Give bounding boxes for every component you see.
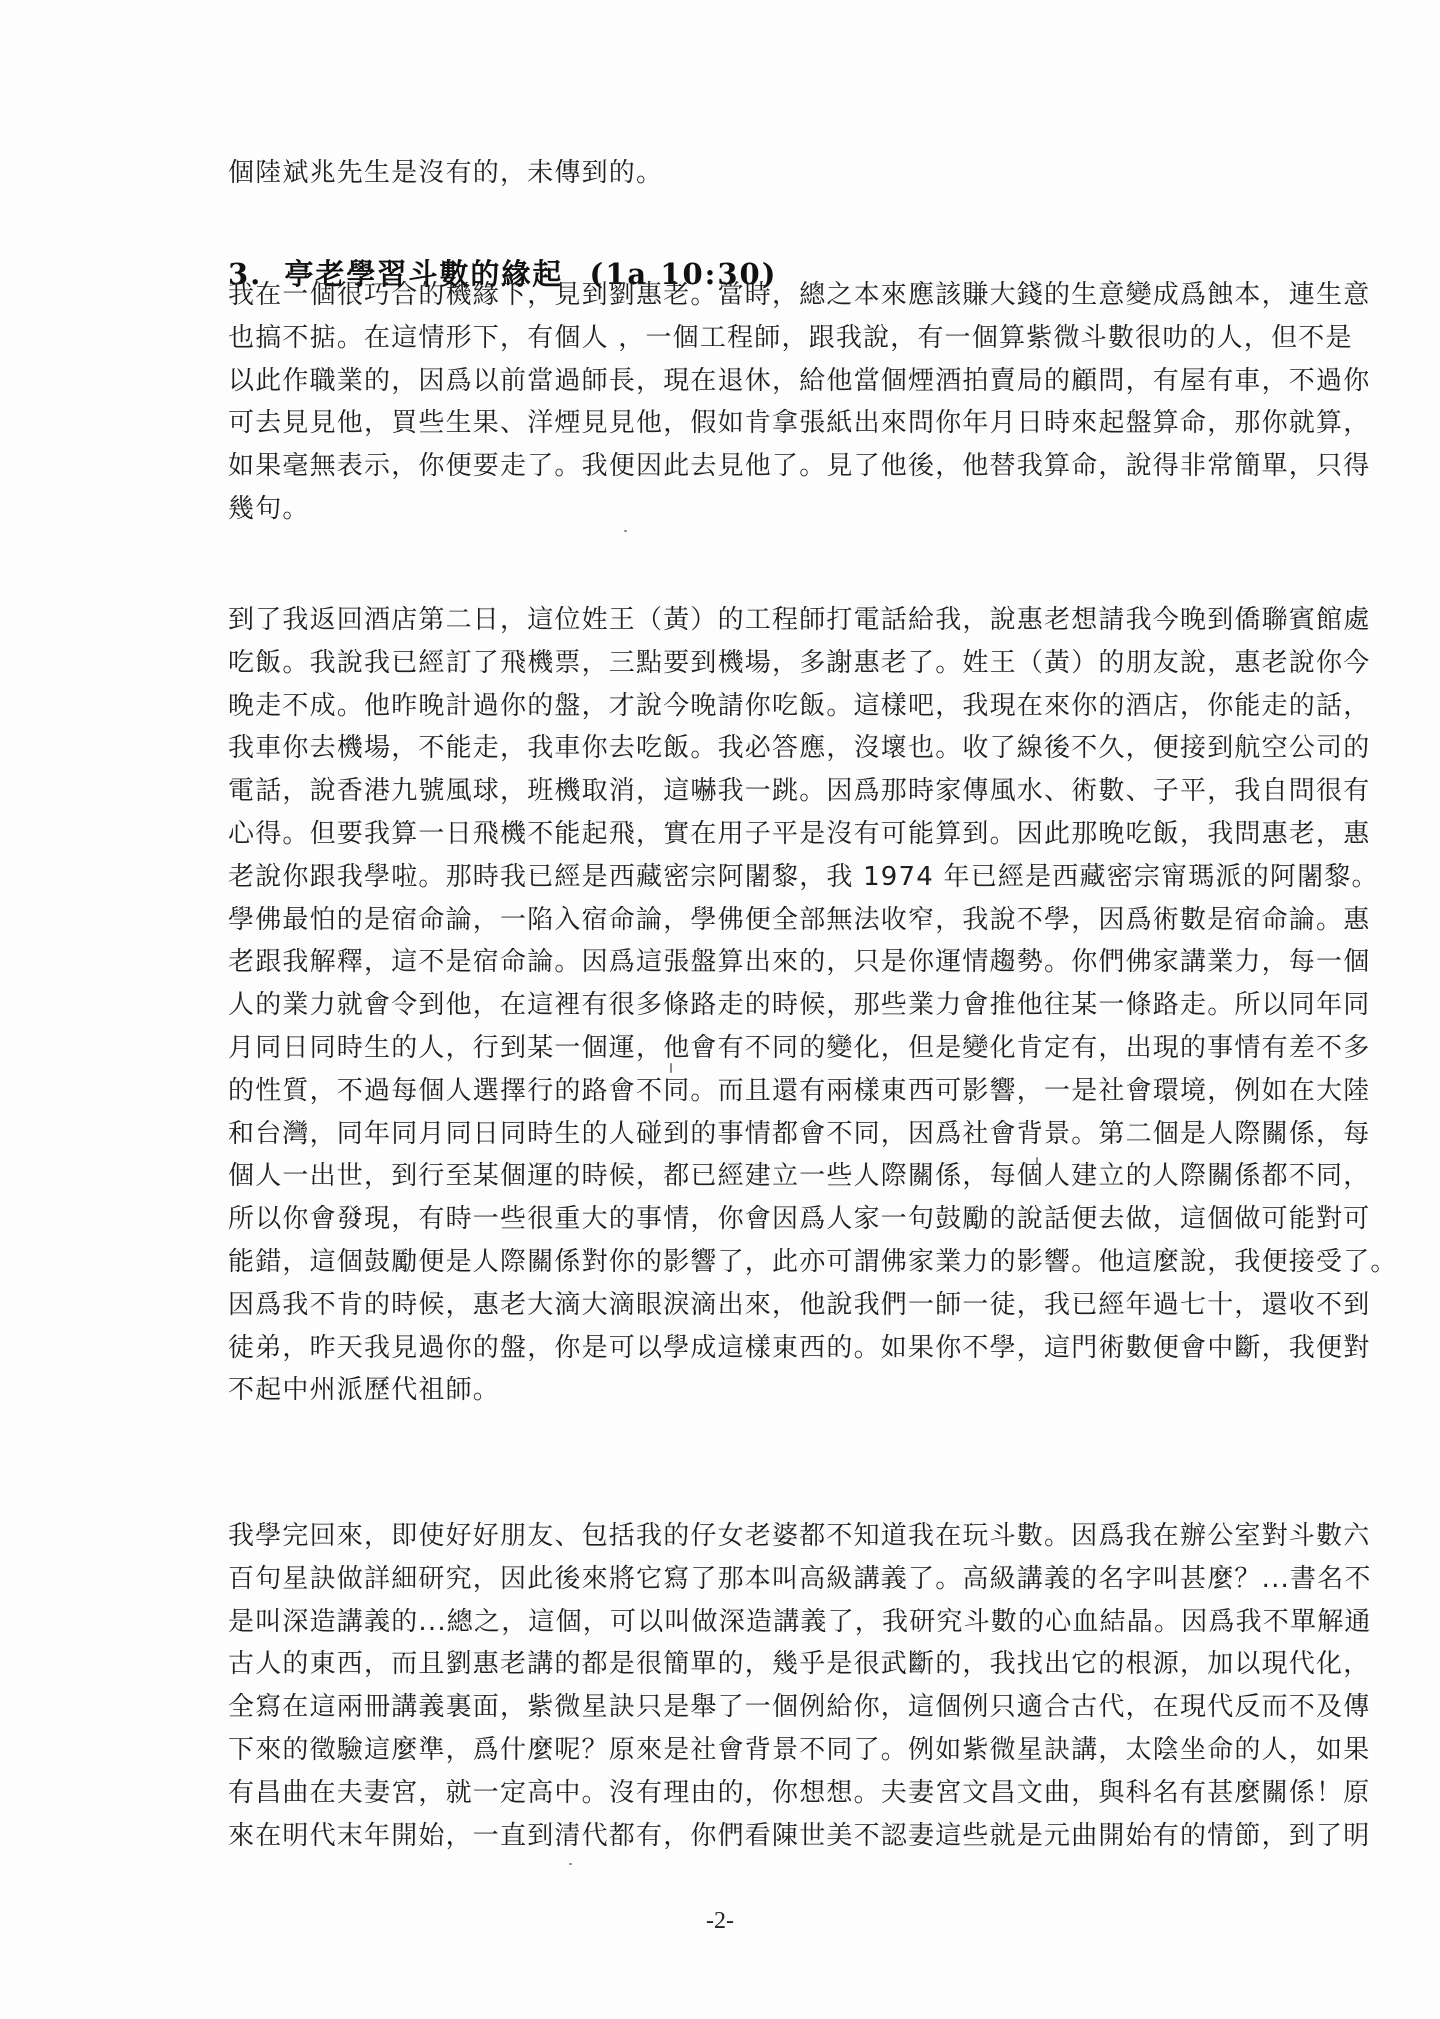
- paragraph-line: 人的業力就會令到他，在這裡有很多條路走的時候，那些業力會推他往某一條路走。所以同…: [228, 984, 1258, 1027]
- paragraph-line: 也搞不掂。在這情形下，有個人 ，一個工程師，跟我說，有一個算紫微斗數很叻的人，但…: [228, 317, 1258, 360]
- paragraph-line: 全寫在這兩冊講義裏面，紫微星訣只是舉了一個例給你，這個例只適合古代，在現代反而不…: [228, 1686, 1258, 1729]
- paragraph-line: 吃飯。我說我已經訂了飛機票，三點要到機場，多謝惠老了。姓王（黃）的朋友說，惠老說…: [228, 642, 1258, 685]
- paragraph-line: 可去見見他，買些生果、洋煙見見他，假如肯拿張紙出來問你年月日時來起盤算命，那你就…: [228, 402, 1258, 445]
- continuation-line: 個陸斌兆先生是沒有的，未傳到的。: [228, 152, 1258, 195]
- paragraph-line: 下來的徵驗這麼準，爲什麼呢？原來是社會背景不同了。例如紫微星訣講，太陰坐命的人，…: [228, 1729, 1258, 1772]
- paragraph-line: 如果毫無表示，你便要走了。我便因此去見他了。見了他後，他替我算命，說得非常簡單，…: [228, 445, 1258, 488]
- paragraph-line: 我在一個很巧合的機緣下，見到劉惠老。當時，總之本來應該賺大錢的生意變成爲蝕本，連…: [228, 274, 1258, 317]
- paragraph-line: 所以你會發現，有時一些很重大的事情，你會因爲人家一句鼓勵的說話便去做，這個做可能…: [228, 1198, 1258, 1241]
- paragraph-line: 來在明代末年開始，一直到清代都有，你們看陳世美不認妻這些就是元曲開始有的情節，到…: [228, 1815, 1258, 1858]
- paragraph-line: 學佛最怕的是宿命論，一陷入宿命論，學佛便全部無法收窄，我說不學，因爲術數是宿命論…: [228, 899, 1258, 942]
- paragraph-line: 有昌曲在夫妻宮，就一定高中。沒有理由的，你想想。夫妻宮文昌文曲，與科名有甚麼關係…: [228, 1772, 1258, 1815]
- paragraph-line: 的性質，不過每個人選擇行的路會不同。而且還有兩樣東西可影響，一是社會環境，例如在…: [228, 1070, 1258, 1113]
- paragraph-line: 不起中州派歷代祖師。: [228, 1369, 1258, 1412]
- paragraph-line: 我車你去機場，不能走，我車你去吃飯。我必答應，沒壞也。收了線後不久，便接到航空公…: [228, 727, 1258, 770]
- page-number: -2-: [0, 1908, 1440, 1935]
- scan-speck: [624, 530, 627, 532]
- paragraph-line: 徒弟，昨天我見過你的盤，你是可以學成這樣東西的。如果你不學，這門術數便會中斷，我…: [228, 1327, 1258, 1370]
- paragraph-line: 以此作職業的，因爲以前當過師長，現在退休，給他當個煙酒拍賣局的顧問，有屋有車，不…: [228, 360, 1258, 403]
- paragraph-line: 和台灣，同年同月同日同時生的人碰到的事情都會不同，因爲社會背景。第二個是人際關係…: [228, 1113, 1258, 1156]
- paragraph-3: 我學完回來，即使好好朋友、包括我的仔女老婆都不知道我在玩斗數。因爲我在辦公室對斗…: [228, 1515, 1258, 1857]
- paragraph-line: 因爲我不肯的時候，惠老大滴大滴眼淚滴出來，他說我們一師一徒，我已經年過七十，還收…: [228, 1284, 1258, 1327]
- paragraph-line: 老說你跟我學啦。那時我已經是西藏密宗阿闍黎，我 1974 年已經是西藏密宗甯瑪派…: [228, 856, 1258, 899]
- paragraph-line: 電話，說香港九號風球，班機取消，這嚇我一跳。因爲那時家傳風水、術數、子平，我自問…: [228, 770, 1258, 813]
- paragraph-line: 個人一出世，到行至某個運的時候，都已經建立一些人際關係，每個人建立的人際關係都不…: [228, 1155, 1258, 1198]
- scan-speck: [670, 1063, 672, 1073]
- paragraph-line: 月同日同時生的人，行到某一個運，他會有不同的變化，但是變化肯定有，出現的事情有差…: [228, 1027, 1258, 1070]
- paragraph-2: 到了我返回酒店第二日，這位姓王（黃）的工程師打電話給我，說惠老想請我今晚到僑聯賓…: [228, 599, 1258, 1412]
- scan-speck: [1036, 1157, 1038, 1165]
- paragraph-line: 古人的東西，而且劉惠老講的都是很簡單的，幾乎是很武斷的，我找出它的根源，加以現代…: [228, 1643, 1258, 1686]
- paragraph-line: 老跟我解釋，這不是宿命論。因爲這張盤算出來的，只是你運情趨勢。你們佛家講業力，每…: [228, 941, 1258, 984]
- scan-speck: [569, 1863, 572, 1865]
- paragraph-line: 能錯，這個鼓勵便是人際關係對你的影響了，此亦可謂佛家業力的影響。他這麼說，我便接…: [228, 1241, 1258, 1284]
- paragraph-line: 幾句。: [228, 488, 1258, 531]
- paragraph-1: 我在一個很巧合的機緣下，見到劉惠老。當時，總之本來應該賺大錢的生意變成爲蝕本，連…: [228, 274, 1258, 531]
- paragraph-line: 是叫深造講義的...總之，這個，可以叫做深造講義了，我研究斗數的心血結晶。因爲我…: [228, 1601, 1258, 1644]
- continuation-text: 個陸斌兆先生是沒有的，未傳到的。: [228, 152, 1258, 195]
- paragraph-line: 心得。但要我算一日飛機不能起飛，實在用子平是沒有可能算到。因此那晚吃飯，我問惠老…: [228, 813, 1258, 856]
- paragraph-line: 晚走不成。他昨晚計過你的盤，才說今晚請你吃飯。這樣吧，我現在來你的酒店，你能走的…: [228, 685, 1258, 728]
- paragraph-line: 我學完回來，即使好好朋友、包括我的仔女老婆都不知道我在玩斗數。因爲我在辦公室對斗…: [228, 1515, 1258, 1558]
- document-page: 個陸斌兆先生是沒有的，未傳到的。 3. 亭老學習斗數的緣起 (1a 10:30)…: [0, 0, 1440, 2019]
- paragraph-line: 到了我返回酒店第二日，這位姓王（黃）的工程師打電話給我，說惠老想請我今晚到僑聯賓…: [228, 599, 1258, 642]
- paragraph-line: 百句星訣做詳細研究，因此後來將它寫了那本叫高級講義了。高級講義的名字叫甚麼？..…: [228, 1558, 1258, 1601]
